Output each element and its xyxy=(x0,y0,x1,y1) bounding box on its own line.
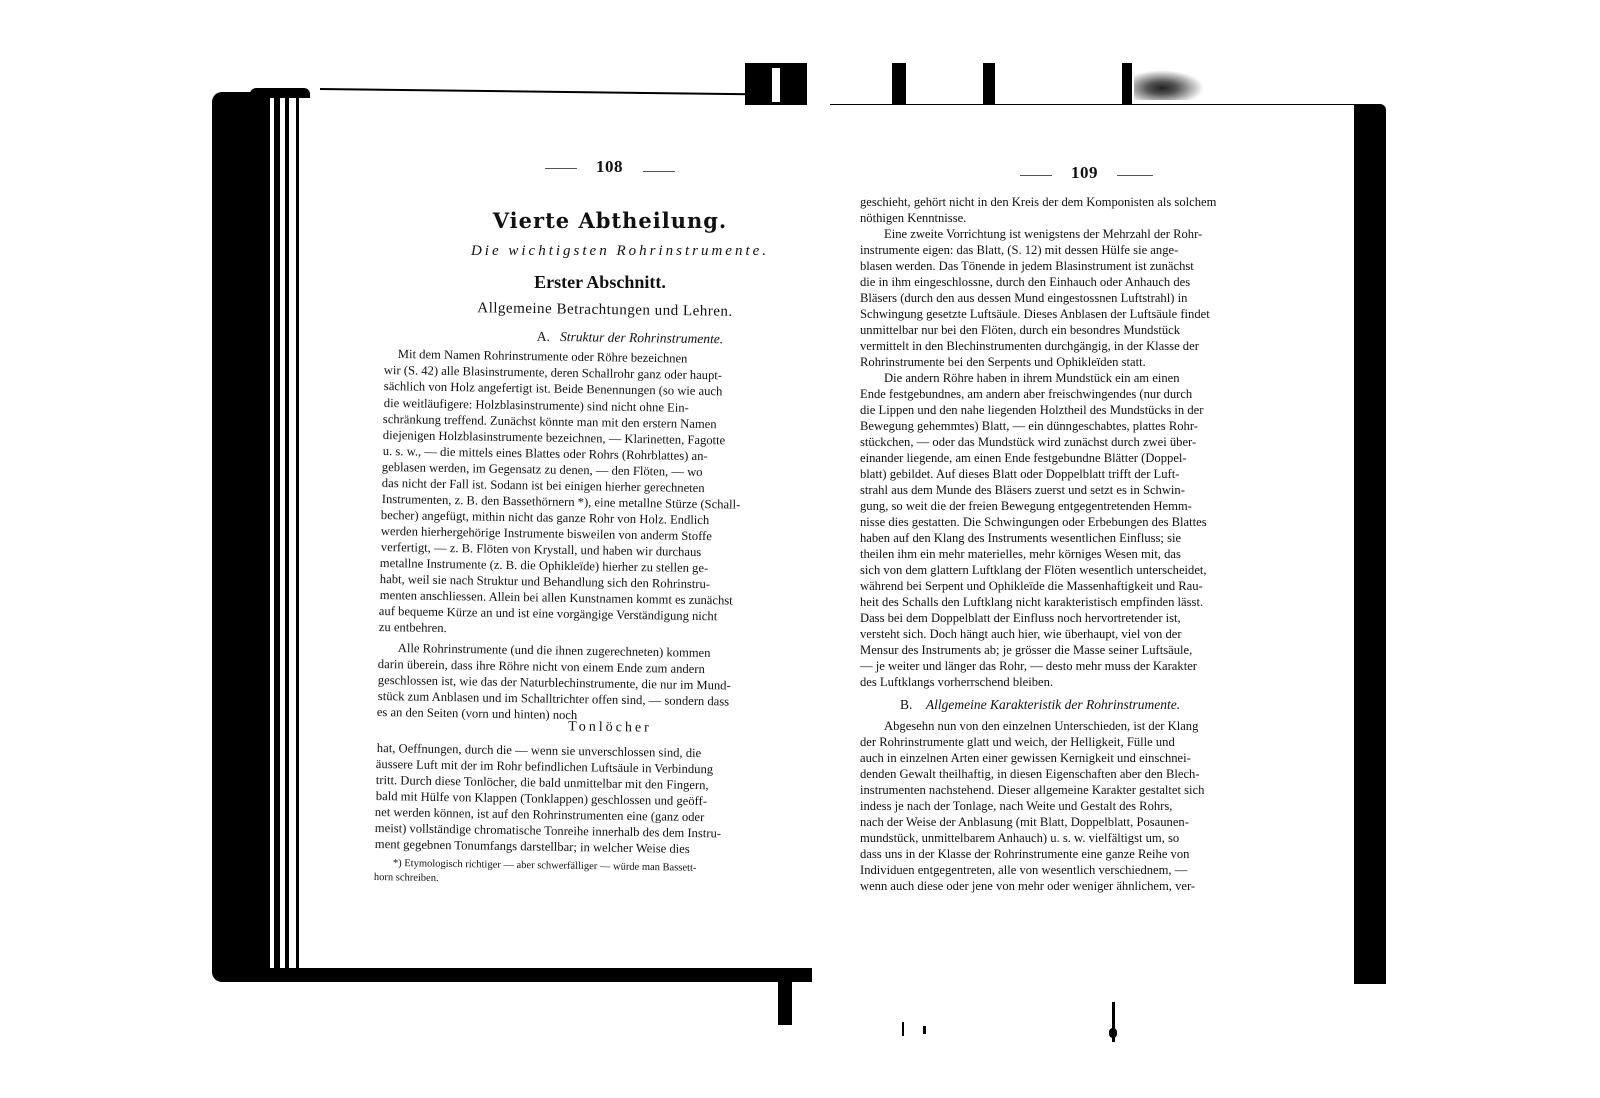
text-line: geschieht, gehört nicht in den Kreis der… xyxy=(860,194,1216,210)
text-line: wenn auch diese oder jene von mehr oder … xyxy=(860,878,1195,894)
spine-speckle xyxy=(1134,70,1204,100)
text-line: blasen werden. Das Tönende in jedem Blas… xyxy=(860,258,1194,274)
part-subtitle: Die wichtigsten Rohrinstrumente. xyxy=(440,243,800,260)
text-line: dass uns in der Klasse der Rohrinstrumen… xyxy=(860,846,1189,862)
bottom-spine-mark-2 xyxy=(1109,1028,1117,1038)
text-line: — je weiter und länger das Rohr, — desto… xyxy=(860,658,1197,674)
footnote-line: *) Etymologisch richtiger — aber schwerf… xyxy=(393,858,697,874)
text-line: denden Gewalt theilhaftig, in diesen Eig… xyxy=(860,766,1200,782)
bottom-cover-edge xyxy=(212,968,812,982)
footnote-line: horn schreiben. xyxy=(374,872,439,884)
text-line: theilen ihm ein mehr materielles, mehr k… xyxy=(860,546,1181,562)
text-line: Individuen entgegentreten, alle von wese… xyxy=(860,862,1187,878)
spine-mark-3 xyxy=(983,63,995,105)
text-line: unmittelbar nur bei den Flöten, durch ei… xyxy=(860,322,1180,338)
text-line: der Rohrinstrumente glatt und weich, der… xyxy=(860,734,1175,750)
text-line: Bewegung gehemmtes) Blatt, — ein dünnges… xyxy=(860,418,1198,434)
folio-rule-left-b xyxy=(643,171,675,172)
page-stack-line-3 xyxy=(296,94,299,968)
left-cover-edge xyxy=(212,92,264,982)
text-line: die in ihm eingeschlossne, durch den Ein… xyxy=(860,274,1190,290)
right-top-page-edge xyxy=(830,104,1370,105)
subsection-a-label: A. xyxy=(537,329,550,344)
text-line: instrumenten nachstehend. Dieser allgeme… xyxy=(860,782,1204,798)
bottom-cover-tab xyxy=(778,975,792,1025)
text-line: instrumente eigen: das Blatt, (S. 12) mi… xyxy=(860,242,1178,258)
text-line: Abgesehn nun von den einzelnen Unterschi… xyxy=(884,718,1198,734)
left-top-page-edge xyxy=(320,88,750,95)
text-line: nach der Weise der Anblasung (mit Blatt,… xyxy=(860,814,1189,830)
text-line: sich von dem glattern Luftklang der Flöt… xyxy=(860,562,1207,578)
text-line: indess je nach der Tonlage, nach Weite u… xyxy=(860,798,1172,814)
section-title: Erster Abschnitt. xyxy=(480,272,720,293)
page-stack-line-2 xyxy=(285,96,289,968)
text-line: gung, so weit die der freien Bewegung en… xyxy=(860,498,1192,514)
text-line: mundstück, unmittelbarem Anhauch) u. s. … xyxy=(860,830,1179,846)
folio-rule-left-a xyxy=(545,168,577,169)
text-line: Eine zweite Vorrichtung ist wenigstens d… xyxy=(884,226,1202,242)
text-line: blatt) gebildet. Auf dieses Blatt oder D… xyxy=(860,466,1179,482)
subsection-b-label: B. xyxy=(900,697,912,712)
text-line: die Lippen und den nahe liegenden Holzth… xyxy=(860,402,1203,418)
subsection-b-heading: B. Allgemeine Karakteristik der Rohrinst… xyxy=(880,697,1280,713)
text-line: Die andern Röhre haben in ihrem Mundstüc… xyxy=(884,370,1180,386)
folio-rule-right-b xyxy=(1117,175,1153,176)
text-line: haben auf den Klang des Instruments wese… xyxy=(860,530,1181,546)
spine-mark-1-gap xyxy=(772,68,780,102)
part-title: Vierte Abtheilung. xyxy=(470,208,750,233)
text-line: während bei Serpent und Ophikleïde die M… xyxy=(860,578,1203,594)
text-line: zu entbehren. xyxy=(379,619,447,636)
text-line: auch in einzelnen Arten einer gewissen K… xyxy=(860,750,1191,766)
text-line: stückchen, — oder das Mundstück wird zun… xyxy=(860,434,1196,450)
subsection-a-title: Struktur der Rohrinstrumente. xyxy=(560,329,723,346)
text-line: des Luftklangs vorherrschend bleiben. xyxy=(860,674,1053,690)
subsection-b-title: Allgemeine Karakteristik der Rohrinstrum… xyxy=(926,697,1180,712)
text-line: strahl aus dem Munde des Bläsers zuerst … xyxy=(860,482,1185,498)
text-line: Ende festgebundnes, am andern aber freis… xyxy=(860,386,1192,402)
text-line: heit des Schalls den Luftklang nicht kar… xyxy=(860,594,1203,610)
text-line: einander liegende, am einen Ende festgeb… xyxy=(860,450,1187,466)
text-line: Bläsers (durch den aus dessen Mund einge… xyxy=(860,290,1187,306)
text-line: Schwingung gesetzte Luftsäule. Dieses An… xyxy=(860,306,1210,322)
subsection-a-heading: A. Struktur der Rohrinstrumente. xyxy=(480,328,780,348)
centered-term-tonloecher: Tonlöcher xyxy=(530,719,690,738)
right-cover-edge xyxy=(1354,104,1386,984)
text-line: Rohrinstrumente bei den Serpents und Oph… xyxy=(860,354,1146,370)
page-number-109: 109 xyxy=(1071,163,1098,183)
text-line: nisse dies gestatten. Die Schwingungen o… xyxy=(860,514,1207,530)
spine-mark-2 xyxy=(892,63,906,105)
folio-rule-right-a xyxy=(1020,175,1052,176)
text-line: versteht sich. Doch hängt auch hier, wie… xyxy=(860,626,1182,642)
bottom-spine-mark-4 xyxy=(923,1026,926,1034)
spine-mark-4 xyxy=(1122,63,1132,105)
text-line: Mensur des Instruments ab; je grösser di… xyxy=(860,642,1192,658)
bottom-spine-mark-3 xyxy=(902,1022,904,1036)
section-subtitle: Allgemeine Betrachtungen und Lehren. xyxy=(440,300,770,322)
text-line: vermittelt in den Blechinstrumenten durc… xyxy=(860,338,1199,354)
text-line: Dass bei dem Doppelblatt der Einfluss no… xyxy=(860,610,1181,626)
page-number-108: 108 xyxy=(596,157,623,177)
text-line: nöthigen Kenntnisse. xyxy=(860,210,966,226)
top-left-edge xyxy=(250,88,310,98)
